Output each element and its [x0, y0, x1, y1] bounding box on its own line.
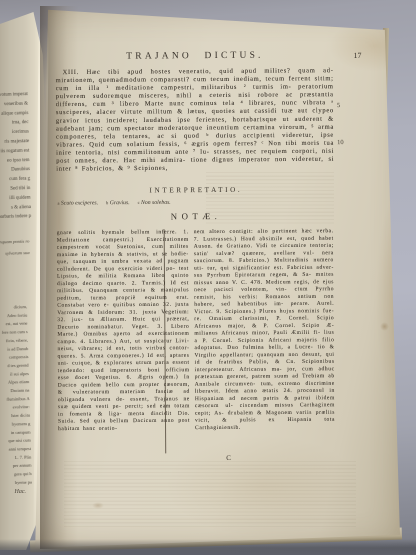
interpretatio-ref-b: b: [106, 200, 108, 205]
interpretatio-heading: INTERPRETATIO.: [57, 185, 334, 195]
page-fragment: barbaris indere p: [0, 212, 33, 222]
interpretatio-gloss-b: Gravius.: [110, 200, 130, 206]
interpretatio-gloss-a: Scuto exciperes.: [61, 200, 98, 206]
page-number: 17: [353, 51, 361, 60]
interpretatio-ref-a: a: [57, 201, 59, 206]
book-page: TRAJANO DICTUS. 17 XIII. Hæc tibi apud h…: [28, 6, 406, 549]
margin-line-numbers: 5 10: [337, 102, 344, 176]
running-header: TRAJANO DICTUS.: [56, 50, 333, 62]
notes-right-column: nem altero contigit: alio pertinent hæc …: [194, 227, 336, 455]
notes-left-column: gnare solitis hyemale bellum inferre. 1.…: [57, 228, 191, 456]
facing-catchword: Hac.: [0, 489, 26, 495]
interpretatio-gloss-c: Non solebas.: [141, 199, 171, 205]
margin-line-number-5: 5: [337, 102, 344, 109]
body-paragraph: XIII. Hæc tibi apud hostes veneratio, qu…: [56, 66, 335, 176]
interpretatio-line: a Scuto exciperes. b Gravius. c Non sole…: [57, 198, 335, 210]
facing-fragments-italic: nquam pontis rosylvarum sua: [0, 236, 31, 263]
catchword: C: [226, 454, 231, 462]
interpretatio-ref-c: c: [138, 200, 140, 205]
photo-scene: votum imperatveneribus &alique campisima…: [0, 0, 416, 555]
page-fragment: sylvarum sua: [0, 247, 31, 259]
printed-content: TRAJANO DICTUS. 17 XIII. Hæc tibi apud h…: [26, 5, 408, 551]
background-bottom-band: [0, 539, 416, 555]
page-fragment: nquam pontis ro: [0, 236, 31, 248]
facing-fragments-notes: dicium,Adeo fortiuest, aut venefere non …: [0, 303, 34, 490]
margin-line-number-10: 10: [337, 139, 344, 146]
page-fragment: hyeme pa: [0, 478, 34, 487]
notae-heading: NOTÆ.: [58, 210, 335, 222]
facing-fragments-upper: votum imperatveneribus &alique campisima…: [0, 90, 33, 224]
